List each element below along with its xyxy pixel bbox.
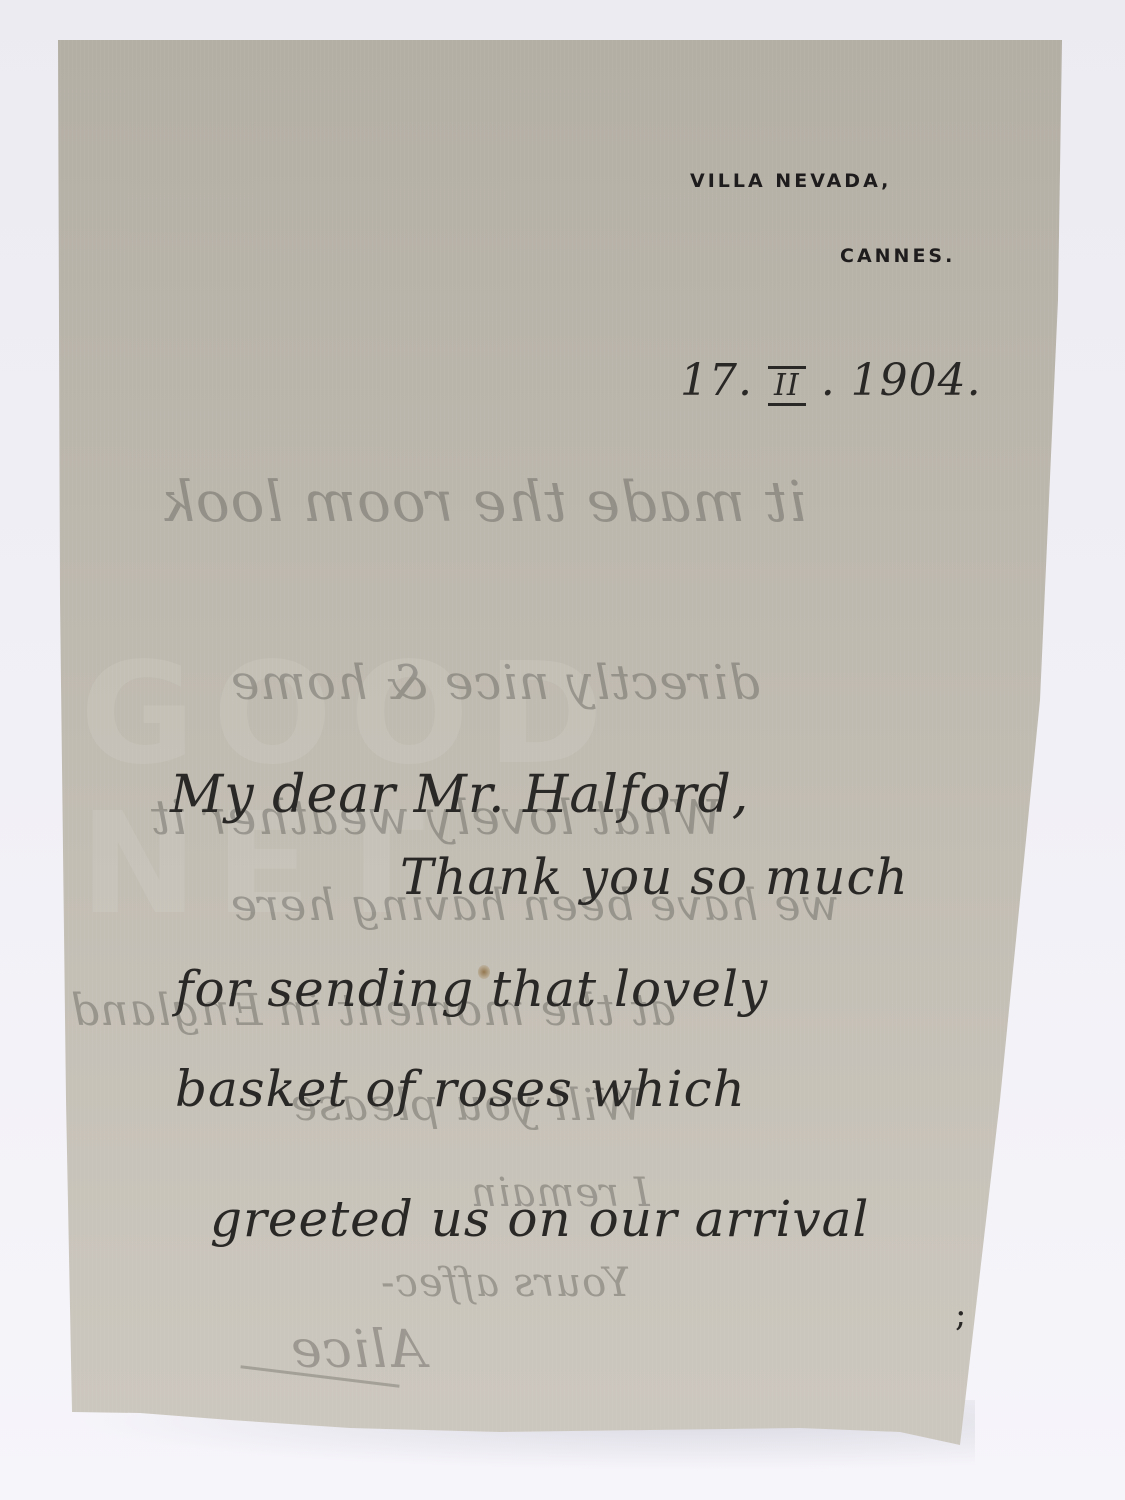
letterhead-city: CANNES.	[840, 245, 955, 267]
body-line: for sending that lovely	[175, 960, 768, 1018]
body-line: basket of roses which	[175, 1060, 746, 1118]
date-year: . 1904.	[821, 355, 982, 406]
body-line: Thank you so much	[400, 848, 909, 906]
show-through-signature: Alice	[290, 1320, 426, 1380]
salutation: My dear Mr. Halford,	[170, 765, 749, 825]
paper-stain	[478, 965, 490, 979]
handwritten-date: 17. II . 1904.	[680, 355, 982, 406]
letterhead-villa: VILLA NEVADA,	[690, 170, 891, 192]
body-line: greeted us on our arrival	[210, 1190, 869, 1248]
show-through-line: Yours affec-	[380, 1260, 630, 1306]
show-through-line: it made the room look	[160, 470, 806, 535]
letter-sheet: GOOD NET it made the room look directly …	[0, 0, 1125, 1500]
date-month-roman: II	[768, 366, 806, 406]
trailing-semicolon: ;	[955, 1295, 966, 1335]
date-day: 17.	[680, 355, 753, 406]
show-through-line: directly nice & home	[230, 655, 760, 711]
